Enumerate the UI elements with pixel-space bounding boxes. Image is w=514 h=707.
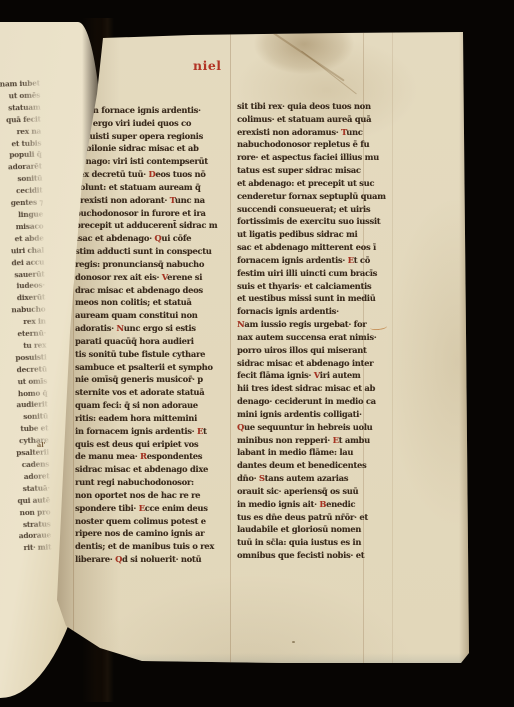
text-line: buchodonosor in furore et ira bbox=[75, 207, 232, 220]
text-line: ut omīs bbox=[1, 375, 47, 388]
text-line: nit in fornace ignis ardentis· bbox=[75, 104, 232, 117]
manuscript-page: niel nit in fornace ignis ardentis·unt e… bbox=[42, 32, 470, 666]
stain-streak bbox=[301, 51, 357, 95]
text-line: et abde bbox=[0, 232, 44, 245]
text-line: ritis: eadem hora mittemini bbox=[75, 412, 232, 425]
text-line: tuū in sc̄la: quia iustus es in bbox=[237, 536, 394, 549]
text-line: tu rex bbox=[0, 339, 46, 352]
text-line: isac et abdenago· Qui cōfe bbox=[75, 232, 232, 245]
text-line: dentis; et de manibus tuis o rex bbox=[75, 540, 232, 553]
text-line: runt regi nabuchodonosor: bbox=[75, 476, 232, 489]
text-line: statuā· bbox=[4, 482, 50, 495]
text-column-left: nit in fornace ignis ardentis·unt ergo v… bbox=[75, 104, 232, 566]
text-line: porro uiros illos qui miserant bbox=[237, 344, 394, 357]
text-line: lingue bbox=[0, 208, 43, 221]
text-line: stim adducti sunt in conspectu bbox=[75, 245, 232, 258]
text-line: cadens bbox=[3, 458, 49, 471]
text-line: auream quam constitui non bbox=[75, 309, 232, 322]
text-line: minibus non repperi· Et ambu bbox=[237, 434, 394, 447]
text-line: et abdenago: et precepit ut suc bbox=[237, 177, 394, 190]
text-line: quis est deus qui eripiet vos bbox=[75, 438, 232, 451]
text-line: erexisti non adoramus· Tunc bbox=[237, 126, 394, 139]
text-line: tus es dn̄e deus patrū nr̄ōr· et bbox=[237, 511, 394, 524]
text-line: liberare· Qd si noluerit· notū bbox=[75, 553, 232, 566]
text-column-right: sit tibi rex· quia deos tuos noncolimus·… bbox=[237, 100, 394, 562]
text-line: posuisti bbox=[1, 351, 47, 364]
text-line: erexisti non adorant· Tunc na bbox=[75, 194, 232, 207]
text-line: ut omēs bbox=[0, 89, 40, 102]
text-line: nie omīsq̄ generis musicor̄· p bbox=[75, 373, 232, 386]
text-line: denago· ceciderunt in medio ca bbox=[237, 395, 394, 408]
text-line: qui autē bbox=[4, 494, 50, 507]
text-line: rit· mit bbox=[5, 542, 51, 555]
text-line: nabuchodonosor repletus ē fu bbox=[237, 138, 394, 151]
text-line: ut ligatis pedibus sidrac mi bbox=[237, 228, 394, 241]
text-line: dei accu bbox=[0, 256, 44, 269]
text-line: meos non colitis; et statuā bbox=[75, 296, 232, 309]
text-line: tis sonitū tube fistule cythare bbox=[75, 348, 232, 361]
text-line: fecit flāma ignis· Viri autem bbox=[237, 369, 394, 382]
ink-speck bbox=[292, 641, 295, 643]
text-line: sambuce et psalterii et sympho bbox=[75, 361, 232, 374]
text-line: unt ergo viri iudei quos co bbox=[75, 117, 232, 130]
text-line: tatus est super sidrac misac bbox=[237, 164, 394, 177]
text-line: babilonie sidrac misac et ab bbox=[75, 142, 232, 155]
text-line: decretū bbox=[1, 363, 47, 376]
text-line: sidrac misac et abdenago inter bbox=[237, 357, 394, 370]
text-line: quā fecit bbox=[0, 113, 41, 126]
text-line: noster quem colimus potest e bbox=[75, 515, 232, 528]
text-line: ripere nos de camino ignis ar bbox=[75, 527, 232, 540]
text-line: Que sequuntur in hebreis uolu bbox=[237, 421, 394, 434]
text-line: stituisti super opera regionis bbox=[75, 130, 232, 143]
photo-background: { "photo": { "background_color": "#07050… bbox=[0, 0, 514, 707]
text-line: eternū· bbox=[0, 328, 46, 341]
text-line: fornacem ignis ardentis· Et cō bbox=[237, 254, 394, 267]
text-line: festim uiri illi uincti cum bracīs bbox=[237, 267, 394, 280]
text-line: adoret bbox=[3, 470, 49, 483]
text-line: in fornacem ignis ardentis· Et bbox=[75, 425, 232, 438]
text-line: non pro bbox=[4, 506, 50, 519]
text-line: precepit ut adducerent̄ sidrac m bbox=[75, 219, 232, 232]
text-line: misaco bbox=[0, 220, 44, 233]
text-line: nax autem succensa erat nimis· bbox=[237, 331, 394, 344]
text-line: orauit sic· aperiensq̄ os suū bbox=[237, 485, 394, 498]
text-line: colunt: et statuam auream q̄ bbox=[75, 181, 232, 194]
text-line: quam feci: q̄ si non adoraue bbox=[75, 399, 232, 412]
text-line: mini ignis ardentis colligati· bbox=[237, 408, 394, 421]
text-line: cenderetur fornax septuplū quam bbox=[237, 190, 394, 203]
text-line: fornacis ignis ardentis· bbox=[237, 305, 394, 318]
text-line: de manu mea· Respondentes bbox=[75, 450, 232, 463]
text-line: sit tibi rex· quia deos tuos non bbox=[237, 100, 394, 113]
text-line: denago: viri isti contempserūt bbox=[75, 155, 232, 168]
text-line: omnibus que fecisti nobis· et bbox=[237, 549, 394, 562]
text-line: hii tres idest sidrac misac et ab bbox=[237, 382, 394, 395]
text-line: suis et thyaris· et calciamentis bbox=[237, 280, 394, 293]
text-line: adoratis· Nunc ergo si estis bbox=[75, 322, 232, 335]
text-line: rex na bbox=[0, 125, 41, 138]
text-line: dantes deum et benedicentes bbox=[237, 459, 394, 472]
text-line: sternite vos et adorate statuā bbox=[75, 386, 232, 399]
text-line: donosor rex ait eis· Verene si bbox=[75, 271, 232, 284]
running-title: niel bbox=[193, 58, 253, 73]
text-line: nam iubet bbox=[0, 78, 40, 91]
text-line: drac misac et abdenago deos bbox=[75, 284, 232, 297]
text-line: rex decretū tuū· Deos tuos nō bbox=[75, 168, 232, 181]
text-line: uiri chal bbox=[0, 244, 44, 257]
text-line: statuam bbox=[0, 101, 41, 114]
text-line: sidrac misac et abdenago dixe bbox=[75, 463, 232, 476]
text-line: sac et abdenago mitterent eos ī bbox=[237, 241, 394, 254]
text-line: succendi consueuerat; et uiris bbox=[237, 203, 394, 216]
text-line: non oportet nos de hac re re bbox=[75, 489, 232, 502]
text-line: colimus· et statuam aureā quā bbox=[237, 113, 394, 126]
text-line: rore· et aspectus faciei illius mu bbox=[237, 151, 394, 164]
text-line: fortissimis de exercitu suo iussit bbox=[237, 215, 394, 228]
text-line: labant in medio flāme: lau bbox=[237, 446, 394, 459]
text-line: in medio ignis ait· Benedic bbox=[237, 498, 394, 511]
text-line: spondere tibi· Ecce enim deus bbox=[75, 502, 232, 515]
text-line: laudabile et gloriosū nomen bbox=[237, 523, 394, 536]
marginal-gloss: al' bbox=[37, 441, 46, 449]
text-line: dn̄o· Stans autem azarias bbox=[237, 472, 394, 485]
text-line: regis: pronunciansq̄ nabucho bbox=[75, 258, 232, 271]
text-line: et uestibus missi sunt in mediū bbox=[237, 292, 394, 305]
text-line: parati quacūq̄ hora audieri bbox=[75, 335, 232, 348]
